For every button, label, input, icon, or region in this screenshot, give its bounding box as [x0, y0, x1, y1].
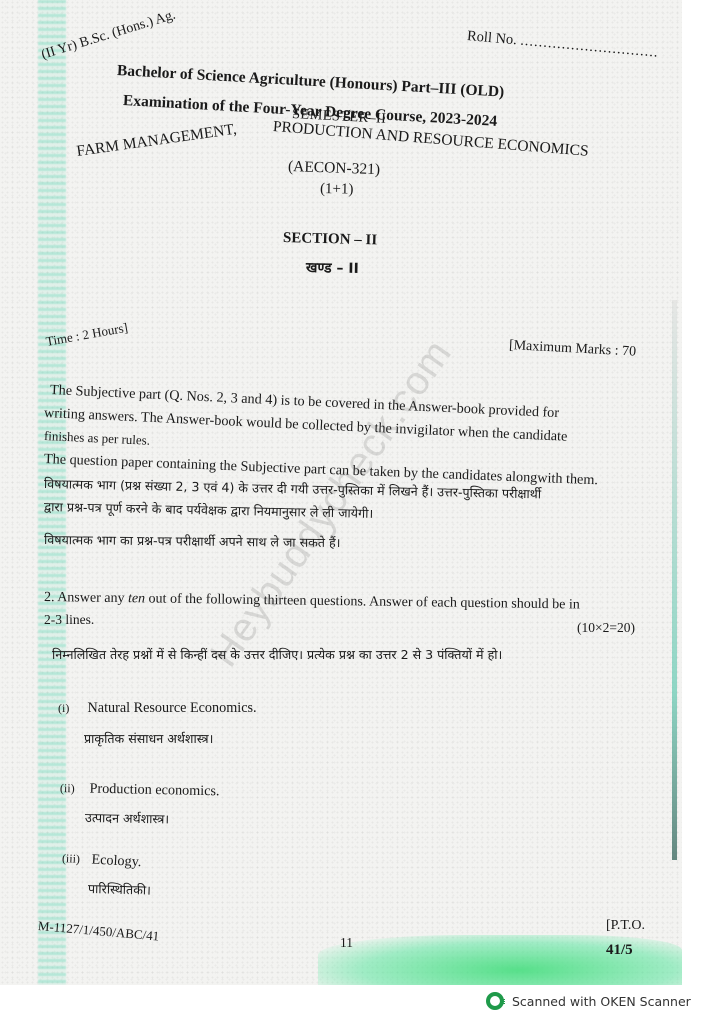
sub-question-ii: (ii) Production economics. — [60, 780, 220, 800]
set-code: 41/5 — [606, 942, 633, 959]
sub-question-i: (i) Natural Resource Economics. — [58, 700, 257, 717]
oken-scanner-logo-icon — [486, 992, 504, 1010]
question-2-instruction-en-line2: 2-3 lines. — [44, 612, 94, 628]
please-turn-over: [P.T.O. — [606, 918, 645, 934]
sub-question-text-en: Production economics. — [89, 781, 219, 800]
sub-question-number: (i) — [58, 701, 84, 716]
scan-artifact-left — [38, 0, 66, 985]
sub-question-ii-hi: उत्पादन अर्थशास्त्र। — [85, 809, 169, 827]
scanner-badge: Scanned with OKEN Scanner — [486, 990, 691, 1012]
course-code: (AECON-321) — [288, 158, 381, 179]
sub-question-number: (ii) — [60, 781, 86, 797]
sub-question-i-hi: प्राकृतिक संसाधन अर्थशास्त्र। — [84, 730, 213, 747]
scanner-label: Scanned with OKEN Scanner — [512, 994, 691, 1009]
question-2-marks: (10×2=20) — [577, 620, 635, 636]
sub-question-iii-hi: पारिस्थितिकी। — [88, 880, 151, 899]
course-title-part1: FARM MANAGEMENT, — [75, 121, 237, 161]
question-text-a: Answer any — [57, 590, 128, 606]
question-number: 2. — [44, 590, 55, 605]
roll-number-field: Roll No. .............................. — [466, 28, 659, 62]
course-credits: (1+1) — [320, 181, 354, 199]
sub-question-iii: (iii) Ecology. — [62, 850, 142, 871]
sub-question-text-en: Natural Resource Economics. — [88, 700, 257, 716]
maximum-marks: [Maximum Marks : 70 — [509, 338, 637, 361]
section-title-en: SECTION – II — [283, 230, 378, 249]
question-2-instruction-hi: निम्नलिखित तेरह प्रश्नों में से किन्हीं … — [52, 646, 502, 663]
roll-number-blank: .............................. — [520, 33, 660, 61]
question-text-b: out of the following thirteen questions.… — [145, 591, 580, 612]
question-text-emphasis: ten — [128, 591, 145, 606]
page-number: 11 — [340, 935, 353, 951]
sub-question-text-en: Ecology. — [91, 852, 142, 871]
section-title-hi: खण्ड – II — [306, 258, 359, 278]
question-2-instruction-en: 2. Answer any ten out of the following t… — [44, 590, 580, 613]
scanned-exam-page: Roll No. .............................. … — [0, 0, 682, 985]
sub-question-number: (iii) — [62, 851, 89, 867]
roll-number-label: Roll No. — [466, 28, 517, 48]
scan-artifact-right — [672, 300, 677, 860]
